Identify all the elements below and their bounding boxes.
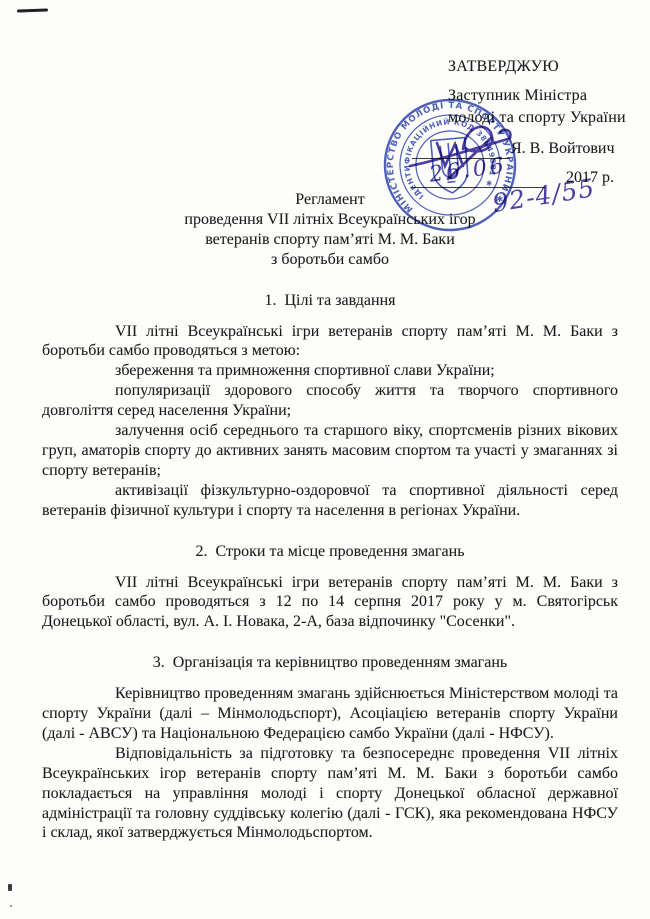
paragraph: збереження та примноження спортивної сла… (42, 361, 618, 381)
section-1-heading: 1. Цілі та завдання (42, 291, 618, 311)
paragraph: Відповідальність за підготовку та безпос… (42, 744, 618, 844)
title-line-2: проведення VII літніх Всеукраїнських іго… (42, 210, 618, 230)
scan-artifact-speck (10, 905, 12, 907)
section-3-heading: 3. Організація та керівництво проведення… (42, 653, 618, 673)
document-body: Регламент проведення VII літніх Всеукраї… (42, 190, 618, 843)
title-line-1: Регламент (42, 190, 618, 210)
scan-artifact-speck (8, 884, 12, 891)
paragraph: VII літні Всеукраїнські ігри ветеранів с… (42, 322, 618, 362)
paragraph: Керівництво проведенням змагань здійснює… (42, 684, 618, 744)
document-title: Регламент проведення VII літніх Всеукраї… (42, 190, 618, 270)
approval-word: ЗАТВЕРДЖУЮ (448, 58, 559, 76)
section-2-heading: 2. Строки та місце проведення змагань (42, 542, 618, 562)
paragraph: активізації фізкультурно-оздоровчої та с… (42, 481, 618, 521)
paragraph: залучення осіб середнього та старшого ві… (42, 421, 618, 481)
paragraph: VII літні Всеукраїнські ігри ветеранів с… (42, 573, 618, 633)
scan-artifact-dash (17, 8, 48, 12)
title-line-3: ветеранів спорту пам’яті М. М. Баки (42, 230, 618, 250)
paragraph: популяризації здорового способу життя та… (42, 381, 618, 421)
title-line-4: з боротьби самбо (42, 250, 618, 270)
document-page: ЗАТВЕРДЖУЮ Заступник Міністра молоді та … (0, 0, 650, 919)
